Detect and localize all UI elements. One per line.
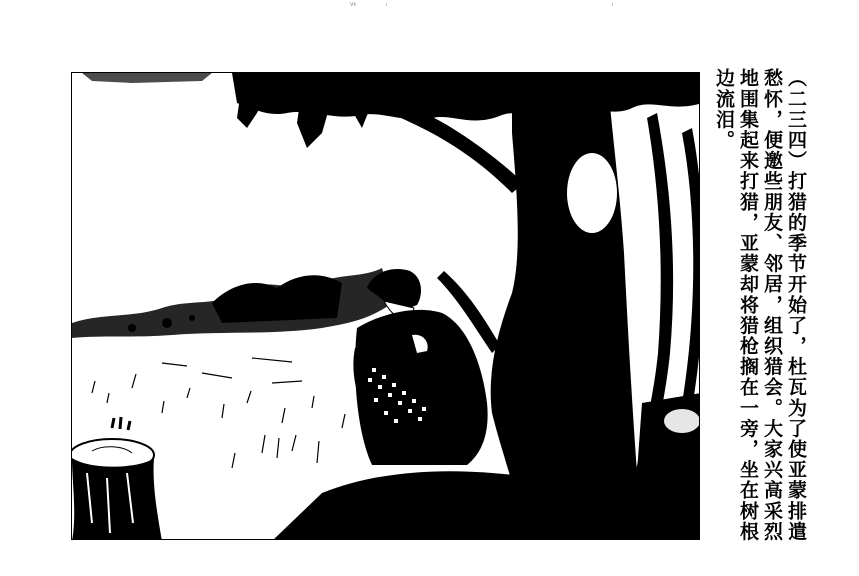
caption-text: （二三四）打猎的季节开始了，杜瓦为了使亚蒙排遣 愁怀，便邀些朋友、邻居，组织猎会… [714,68,805,558]
caption-column-1: （二三四）打猎的季节开始了，杜瓦为了使亚蒙排遣 [786,68,805,558]
caption-column-2: 愁怀，便邀些朋友、邻居，组织猎会。大家兴高采烈 [762,68,781,558]
comic-illustration [71,72,700,540]
caption-column-4: 边流泪。 [714,68,733,558]
print-mark: ı [386,2,387,8]
print-mark: ı [612,2,613,8]
print-marks: Ⅴⅱ ı ı [0,2,859,10]
print-mark: Ⅴⅱ [350,2,356,8]
caption-column-3: 地围集起来打猎，亚蒙却将猎枪搁在一旁，坐在树根 [738,68,757,558]
illustration-drawing [72,73,700,540]
